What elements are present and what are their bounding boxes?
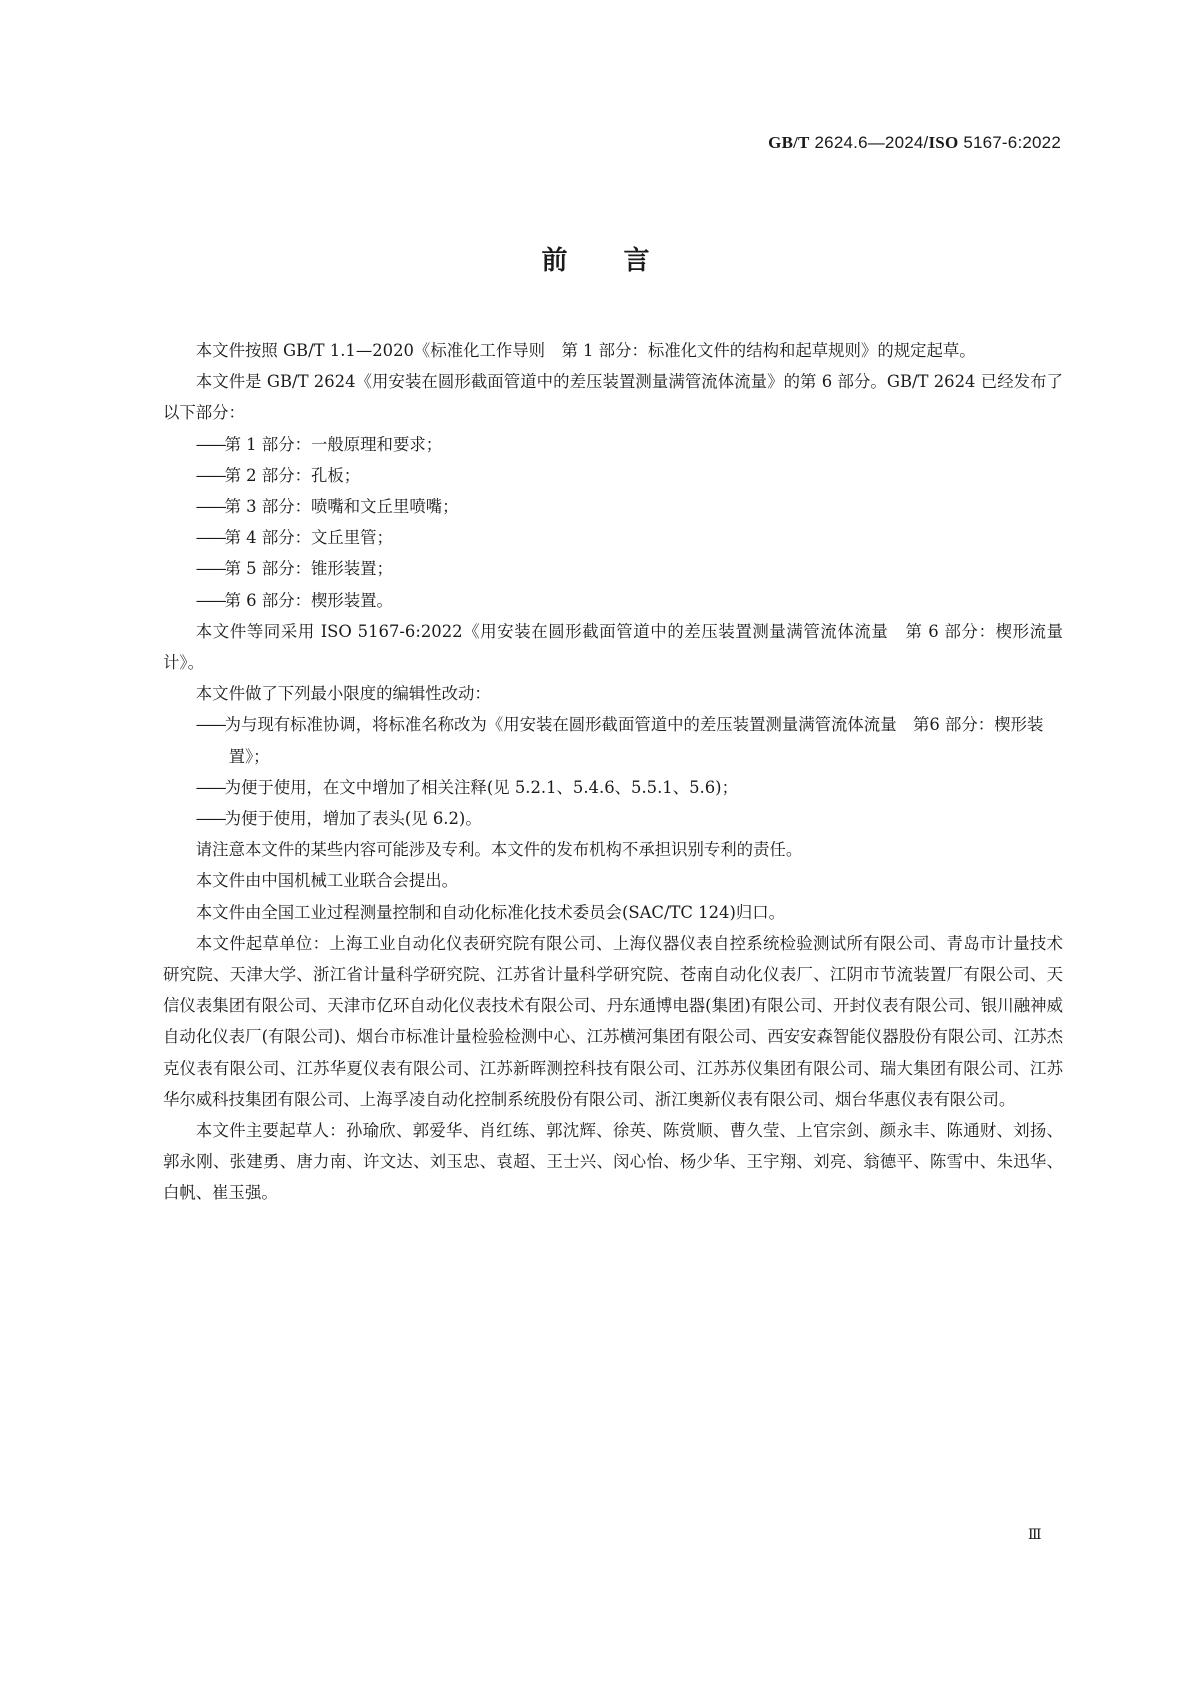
- page-title: 前言: [0, 240, 1191, 277]
- paragraph-series-info: 本文件是 GB/T 2624《用安装在圆形截面管道中的差压装置测量满管流体流量》…: [163, 366, 1063, 428]
- list-item: ——为与现有标准协调，将标准名称改为《用安装在圆形截面管道中的差压装置测量满管流…: [163, 709, 1063, 771]
- list-item: ——第 4 部分：文丘里管；: [163, 522, 1063, 553]
- parts-list: ——第 1 部分：一般原理和要求； ——第 2 部分：孔板； ——第 3 部分：…: [163, 429, 1063, 616]
- paragraph-drafting-organizations: 本文件起草单位：上海工业自动化仪表研究院有限公司、上海仪器仪表自控系统检验测试所…: [163, 928, 1063, 1115]
- list-item: ——第 2 部分：孔板；: [163, 460, 1063, 491]
- dash-bullet: ——: [196, 466, 225, 485]
- list-item: ——第 1 部分：一般原理和要求；: [163, 429, 1063, 460]
- paragraph-editorial-changes: 本文件做了下列最小限度的编辑性改动：: [163, 678, 1063, 709]
- dash-bullet: ——: [196, 809, 225, 828]
- list-item: ——第 6 部分：楔形装置。: [163, 585, 1063, 616]
- dash-bullet: ——: [196, 591, 225, 610]
- standard-mid: 2624.6—2024/: [810, 133, 929, 152]
- paragraph-drafting-rules: 本文件按照 GB/T 1.1—2020《标准化工作导则 第 1 部分：标准化文件…: [163, 335, 1063, 366]
- paragraph-proposed-by: 本文件由中国机械工业联合会提出。: [163, 865, 1063, 896]
- page-number: Ⅲ: [1028, 1527, 1042, 1544]
- standard-number: GB/T 2624.6—2024/ISO 5167-6:2022: [768, 133, 1061, 153]
- dash-bullet: ——: [196, 778, 225, 797]
- paragraph-patent-notice: 请注意本文件的某些内容可能涉及专利。本文件的发布机构不承担识别专利的责任。: [163, 834, 1063, 865]
- standard-iso: ISO: [928, 133, 958, 152]
- dash-bullet: ——: [196, 435, 225, 454]
- dash-bullet: ——: [196, 559, 225, 578]
- paragraph-iso-adoption: 本文件等同采用 ISO 5167-6:2022《用安装在圆形截面管道中的差压装置…: [163, 616, 1063, 678]
- standard-suffix: 5167-6:2022: [958, 133, 1061, 152]
- list-item: ——为便于使用，增加了表头(见 6.2)。: [163, 803, 1063, 834]
- dash-bullet: ——: [196, 715, 225, 734]
- dash-bullet: ——: [196, 497, 225, 516]
- paragraph-drafters: 本文件主要起草人：孙瑜欣、郭爱华、肖红练、郭沈辉、徐英、陈赏顺、曹久莹、上官宗剑…: [163, 1115, 1063, 1209]
- list-item: ——为便于使用，在文中增加了相关注释(见 5.2.1、5.4.6、5.5.1、5…: [163, 772, 1063, 803]
- list-item: ——第 3 部分：喷嘴和文丘里喷嘴；: [163, 491, 1063, 522]
- standard-prefix: GB/T: [768, 133, 809, 152]
- list-item: ——第 5 部分：锥形装置；: [163, 553, 1063, 584]
- foreword-body: 本文件按照 GB/T 1.1—2020《标准化工作导则 第 1 部分：标准化文件…: [163, 335, 1063, 1209]
- paragraph-responsible-committee: 本文件由全国工业过程测量控制和自动化标准化技术委员会(SAC/TC 124)归口…: [163, 897, 1063, 928]
- changes-list: ——为与现有标准协调，将标准名称改为《用安装在圆形截面管道中的差压装置测量满管流…: [163, 709, 1063, 834]
- dash-bullet: ——: [196, 528, 225, 547]
